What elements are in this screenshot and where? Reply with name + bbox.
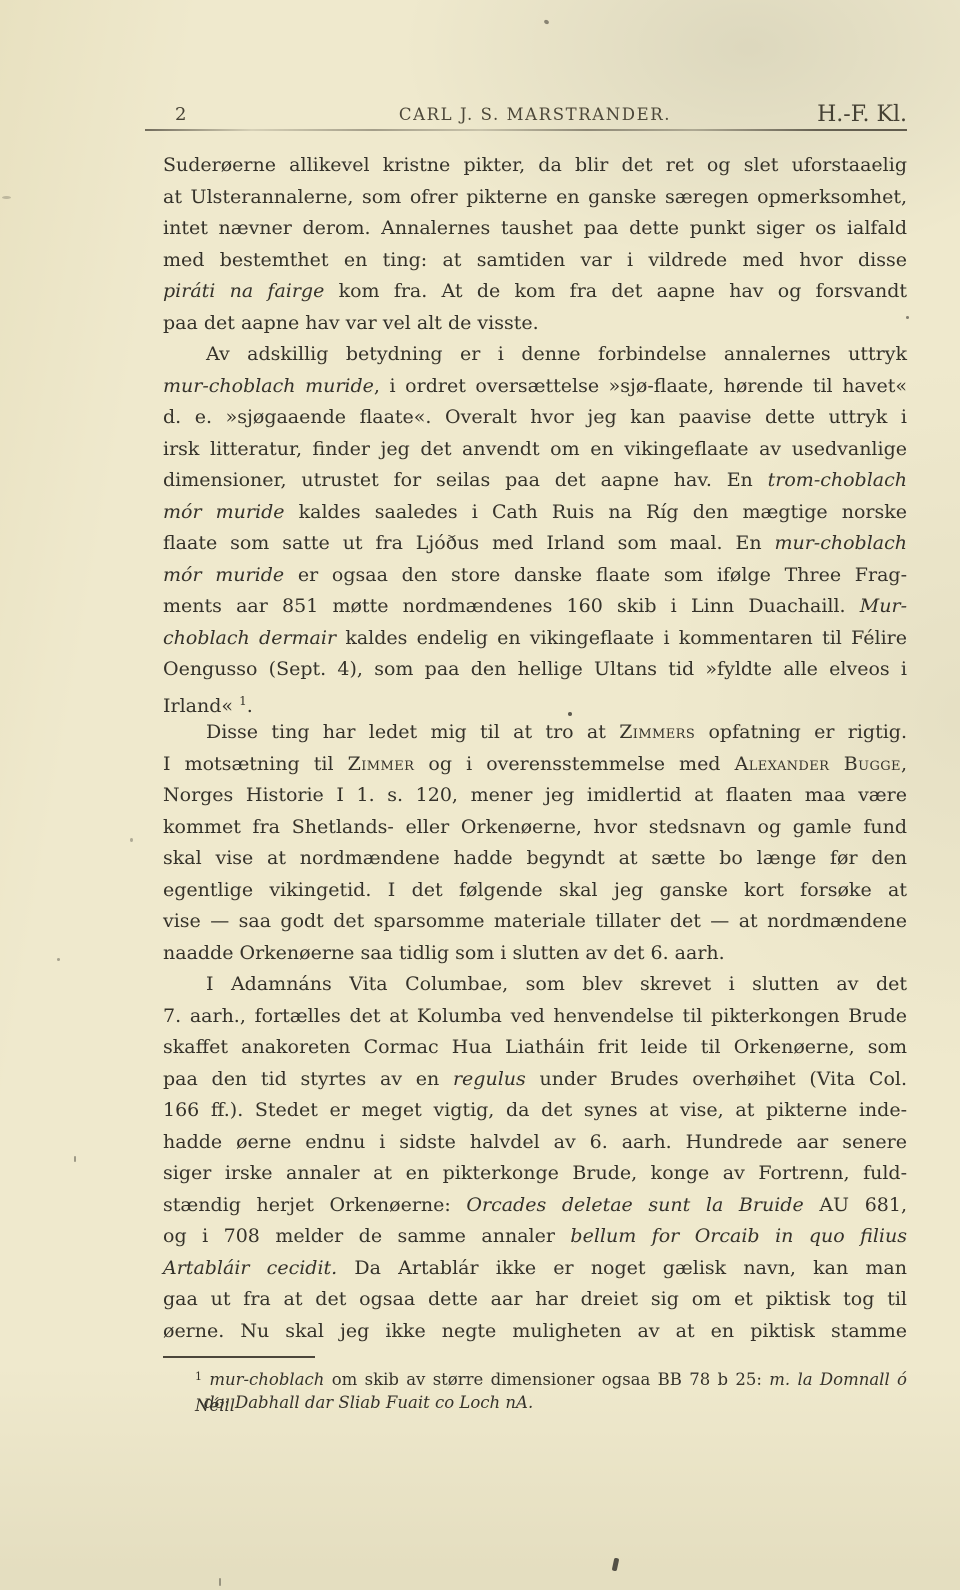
ink-speck	[57, 958, 60, 961]
italic-text: Orcades deletae sunt la Bruide	[466, 1194, 803, 1216]
ink-speck	[219, 1578, 221, 1586]
plain-text: naadde Orkenøerne saa tidlig som i slutt…	[163, 942, 725, 964]
plain-text: siger irske annaler at en pikterkonge Br…	[163, 1162, 907, 1184]
footnote-rule	[163, 1356, 315, 1358]
text-line: hadde øerne endnu i sidste halvdel av 6.…	[163, 1127, 907, 1159]
text-line: dimensioner, utrustet for seilas paa det…	[163, 465, 907, 497]
page-number: 2	[175, 104, 186, 125]
italic-text: trom-choblach	[768, 469, 907, 491]
italic-text: do· Dabhall dar Sliab Fuait co Loch nA.	[204, 1393, 533, 1412]
text-line: skaffet anakoreten Cormac Hua Liatháin f…	[163, 1032, 907, 1064]
plain-text: paa den tid styrtes av en	[163, 1068, 453, 1090]
plain-text: opfatning er rigtig.	[695, 721, 907, 743]
text-line: piráti na fairge kom fra. At de kom fra …	[163, 276, 907, 308]
plain-text: ,	[901, 753, 907, 775]
text-line: vise — saa godt det sparsomme materiale …	[163, 906, 907, 938]
plain-text: gaa ut fra at det ogsaa dette aar har dr…	[163, 1288, 907, 1310]
plain-text: Irland«	[163, 695, 239, 717]
plain-text: skal vise at nordmændene hadde begyndt a…	[163, 847, 907, 869]
footnote: 1 mur-choblach om skib av større dimensi…	[163, 1364, 907, 1416]
plain-text: 7. aarh., fortælles det at Kolumba ved h…	[163, 1005, 907, 1027]
italic-text: mur-choblach	[209, 1370, 324, 1389]
text-line: skal vise at nordmændene hadde begyndt a…	[163, 843, 907, 875]
text-line: irsk litteratur, finder jeg det anvendt …	[163, 434, 907, 466]
text-line: mór muride kaldes saaledes i Cath Ruis n…	[163, 497, 907, 529]
text-line: egentlige vikingetid. I det følgende ska…	[163, 875, 907, 907]
plain-text: kaldes saaledes i Cath Ruis na Ríg den m…	[284, 501, 907, 523]
plain-text: Norges Historie I 1. s. 120, mener jeg i…	[163, 784, 907, 806]
ink-speck	[2, 196, 11, 199]
text-line: Suderøerne allikevel kristne pikter, da …	[163, 150, 907, 182]
plain-text: paa det aapne hav var vel alt de visste.	[163, 312, 539, 334]
text-line: mur-choblach muride, i ordret oversættel…	[163, 371, 907, 403]
text-line: flaate som satte ut fra Ljóðus med Irlan…	[163, 528, 907, 560]
plain-text: intet nævner derom. Annalernes taushet p…	[163, 217, 907, 239]
text-line: ments aar 851 møtte nordmændenes 160 ski…	[163, 591, 907, 623]
text-line: og i 708 melder de samme annaler bellum …	[163, 1221, 907, 1253]
footnote-line: 1 mur-choblach om skib av større dimensi…	[163, 1364, 907, 1390]
text-line: 166 ff.). Stedet er meget vigtig, da det…	[163, 1095, 907, 1127]
plain-text: stændig herjet Orkenøerne:	[163, 1194, 466, 1216]
italic-text: mur-choblach muride	[163, 375, 374, 397]
text-line: intet nævner derom. Annalernes taushet p…	[163, 213, 907, 245]
text-line: d. e. »sjøgaaende flaate«. Overalt hvor …	[163, 402, 907, 434]
text-line: I Adamnáns Vita Columbae, som blev skrev…	[163, 969, 907, 1001]
italic-text: Artabláir cecidit.	[163, 1257, 337, 1279]
italic-text: choblach dermair	[163, 627, 336, 649]
ink-speck	[568, 712, 572, 716]
ink-speck	[543, 19, 549, 25]
text-line: paa det aapne hav var vel alt de visste.	[163, 308, 907, 340]
plain-text: Oengusso (Sept. 4), som paa den hellige …	[163, 658, 907, 680]
text-line: Disse ting har ledet mig til at tro at Z…	[163, 717, 907, 749]
text-line: naadde Orkenøerne saa tidlig som i slutt…	[163, 938, 907, 970]
plain-text: 166 ff.). Stedet er meget vigtig, da det…	[163, 1099, 907, 1121]
italic-text: mór muride	[163, 501, 284, 523]
plain-text: Da Artablár ikke er noget gælisk navn, k…	[337, 1257, 907, 1279]
ink-speck	[130, 838, 133, 842]
text-line: kommet fra Shetlands- eller Orkenøerne, …	[163, 812, 907, 844]
ink-speck	[906, 316, 909, 319]
italic-text: bellum for Orcaib in quo filius	[570, 1225, 907, 1247]
plain-text: I Adamnáns Vita Columbae, som blev skrev…	[206, 973, 907, 995]
ink-speck	[74, 1156, 76, 1162]
plain-text: Disse ting har ledet mig til at tro at	[206, 721, 619, 743]
italic-text: piráti na fairge	[163, 280, 324, 302]
plain-text: er ogsaa den store danske flaate som ifø…	[284, 564, 907, 586]
plain-text: med bestemthet en ting: at samtiden var …	[163, 249, 907, 271]
footnote-marker: 1	[195, 1370, 202, 1383]
body-text: Suderøerne allikevel kristne pikter, da …	[163, 150, 907, 1347]
plain-text: d. e. »sjøgaaende flaate«. Overalt hvor …	[163, 406, 907, 428]
text-line: gaa ut fra at det ogsaa dette aar har dr…	[163, 1284, 907, 1316]
plain-text: at Ulsterannalerne, som ofrer pikterne e…	[163, 186, 907, 208]
series-label: H.-F. Kl.	[817, 102, 907, 127]
plain-text: vise — saa godt det sparsomme materiale …	[163, 910, 907, 932]
text-line: Irland« 1.	[163, 686, 907, 718]
text-line: mór muride er ogsaa den store danske fla…	[163, 560, 907, 592]
text-line: I motsætning til Zimmer og i overensstem…	[163, 749, 907, 781]
text-line: med bestemthet en ting: at samtiden var …	[163, 245, 907, 277]
text-line: Artabláir cecidit. Da Artablár ikke er n…	[163, 1253, 907, 1285]
text-line: choblach dermair kaldes endelig en vikin…	[163, 623, 907, 655]
text-line: siger irske annaler at en pikterkonge Br…	[163, 1158, 907, 1190]
text-line: Oengusso (Sept. 4), som paa den hellige …	[163, 654, 907, 686]
footnote-line: do· Dabhall dar Sliab Fuait co Loch nA.	[163, 1390, 907, 1416]
plain-text: øerne. Nu skal jeg ikke negte muligheten…	[163, 1320, 907, 1342]
header-rule	[145, 129, 907, 131]
plain-text: egentlige vikingetid. I det følgende ska…	[163, 879, 907, 901]
smallcaps-text: Zimmer	[348, 753, 415, 775]
plain-text: dimensioner, utrustet for seilas paa det…	[163, 469, 768, 491]
plain-text: flaate som satte ut fra Ljóðus med Irlan…	[163, 532, 774, 554]
footnote-marker: 1	[239, 694, 247, 708]
plain-text: Suderøerne allikevel kristne pikter, da …	[163, 154, 907, 176]
plain-text: og i 708 melder de samme annaler	[163, 1225, 570, 1247]
plain-text: AU 681,	[804, 1194, 907, 1216]
smallcaps-text: Zimmers	[619, 721, 695, 743]
plain-text: og i overensstemmelse med	[414, 753, 734, 775]
text-line: paa den tid styrtes av en regulus under …	[163, 1064, 907, 1096]
text-line: 7. aarh., fortælles det at Kolumba ved h…	[163, 1001, 907, 1033]
page-header: 2 CARL J. S. MARSTRANDER. H.-F. Kl.	[163, 97, 907, 127]
plain-text: kommet fra Shetlands- eller Orkenøerne, …	[163, 816, 907, 838]
text-line: stændig herjet Orkenøerne: Orcades delet…	[163, 1190, 907, 1222]
plain-text: kom fra. At de kom fra det aapne hav og …	[324, 280, 907, 302]
ink-speck	[612, 1558, 620, 1572]
plain-text: , i ordret oversættelse »sjø-flaate, hør…	[374, 375, 907, 397]
plain-text: I motsætning til	[163, 753, 348, 775]
plain-text: ments aar 851 møtte nordmændenes 160 ski…	[163, 595, 860, 617]
plain-text: skaffet anakoreten Cormac Hua Liatháin f…	[163, 1036, 907, 1058]
text-line: at Ulsterannalerne, som ofrer pikterne e…	[163, 182, 907, 214]
running-title: CARL J. S. MARSTRANDER.	[399, 105, 671, 124]
plain-text: irsk litteratur, finder jeg det anvendt …	[163, 438, 907, 460]
book-page: 2 CARL J. S. MARSTRANDER. H.-F. Kl. Sude…	[0, 0, 960, 1590]
text-line: øerne. Nu skal jeg ikke negte muligheten…	[163, 1316, 907, 1348]
plain-text: hadde øerne endnu i sidste halvdel av 6.…	[163, 1131, 907, 1153]
plain-text: under Brudes overhøihet (Vita Col.	[526, 1068, 907, 1090]
italic-text: regulus	[453, 1068, 526, 1090]
italic-text: Mur-	[860, 595, 907, 617]
text-line: Av adskillig betydning er i denne forbin…	[163, 339, 907, 371]
smallcaps-text: Alexander Bugge	[735, 753, 901, 775]
plain-text: .	[247, 695, 253, 717]
plain-text: Av adskillig betydning er i denne forbin…	[206, 343, 907, 365]
italic-text: mur-choblach	[774, 532, 907, 554]
italic-text: mór muride	[163, 564, 284, 586]
plain-text: om skib av større dimensioner ogsaa BB 7…	[324, 1370, 769, 1389]
plain-text: kaldes endelig en vikingeflaate i kommen…	[336, 627, 907, 649]
text-line: Norges Historie I 1. s. 120, mener jeg i…	[163, 780, 907, 812]
